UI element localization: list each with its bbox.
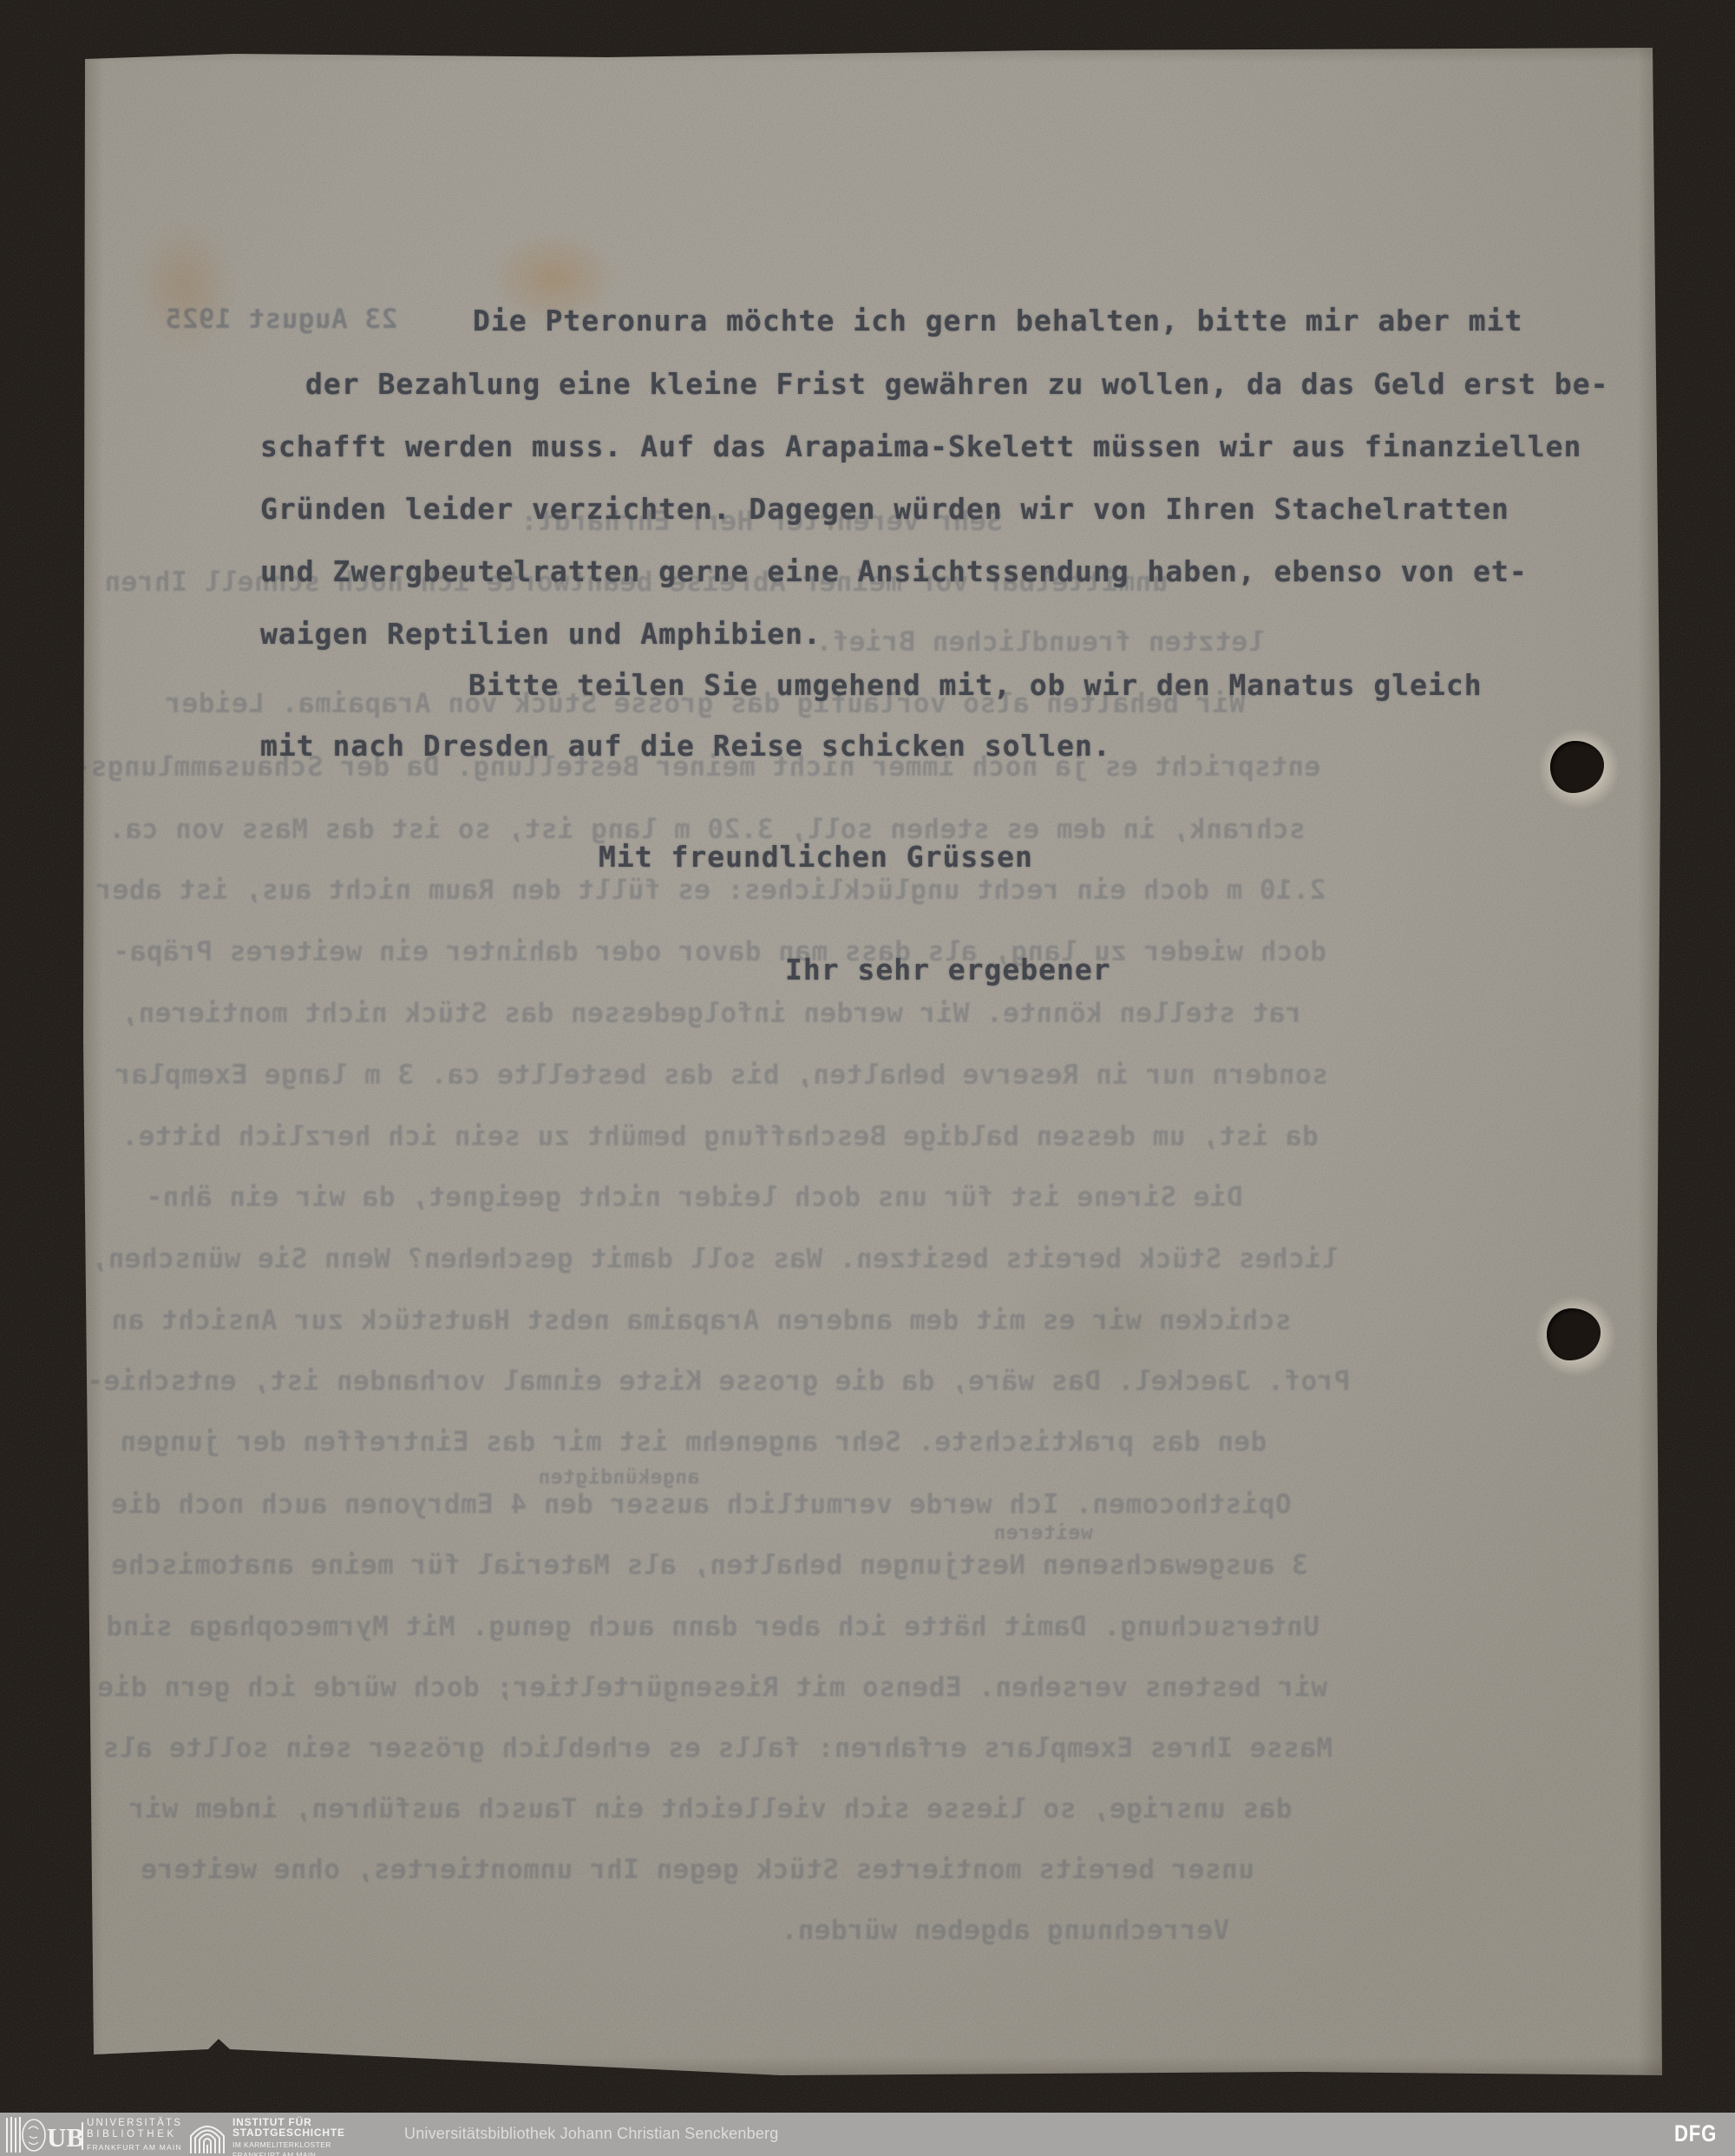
letter-line: waigen Reptilien und Amphibien. bbox=[260, 617, 822, 651]
letter-line: schafft werden muss. Auf das Arapaima-Sk… bbox=[260, 429, 1581, 463]
ub-logo-line3: FRANKFURT AM MAIN bbox=[87, 2142, 182, 2153]
scanned-letter-page: 23 August 1925Sehr verehrter Herr Ehrhar… bbox=[81, 43, 1664, 2080]
typed-text-layer: Die Pteronura möchte ich gern behalten, … bbox=[0, 0, 1735, 2113]
dfg-logo: DFG bbox=[1674, 2120, 1717, 2147]
institut-logo-line2: STADTGESCHICHTE bbox=[232, 2127, 345, 2138]
letter-line: Mit freundlichen Grüssen bbox=[599, 840, 1033, 874]
institut-stadtgeschichte-logo-text: INSTITUT FÜR STADTGESCHICHTE IM KARMELIT… bbox=[232, 2117, 345, 2156]
footer-bar: UB UNIVERSITÄTS BIBLIOTHEK FRANKFURT AM … bbox=[0, 2113, 1735, 2156]
institut-stadtgeschichte-logo-icon bbox=[187, 2115, 229, 2153]
letter-line: mit nach Dresden auf die Reise schicken … bbox=[260, 729, 1111, 763]
letter-line: Bitte teilen Sie umgehend mit, ob wir de… bbox=[468, 668, 1483, 702]
ub-library-logo-text: UNIVERSITÄTS BIBLIOTHEK FRANKFURT AM MAI… bbox=[87, 2118, 182, 2153]
institut-logo-line4: FRANKFURT AM MAIN bbox=[232, 2150, 345, 2156]
letter-line: und Zwergbeutelratten gerne eine Ansicht… bbox=[260, 554, 1528, 588]
ub-logo-line1: UNIVERSITÄTS bbox=[87, 2118, 182, 2129]
letter-line: der Bezahlung eine kleine Frist gewähren… bbox=[305, 367, 1608, 401]
svg-text:UB: UB bbox=[47, 2122, 84, 2153]
scan-viewer: 23 August 1925Sehr verehrter Herr Ehrhar… bbox=[0, 0, 1735, 2113]
ub-logo-line2: BIBLIOTHEK bbox=[87, 2129, 182, 2140]
ub-library-logo-icon: UB bbox=[5, 2115, 85, 2153]
letter-line: Gründen leider verzichten. Dagegen würde… bbox=[260, 492, 1509, 526]
letter-line: Die Pteronura möchte ich gern behalten, … bbox=[473, 304, 1522, 337]
institut-logo-line3: IM KARMELITERKLOSTER bbox=[232, 2140, 345, 2150]
letter-line: Ihr sehr ergebener bbox=[785, 953, 1111, 986]
library-name-label: Universitätsbibliothek Johann Christian … bbox=[404, 2125, 778, 2143]
